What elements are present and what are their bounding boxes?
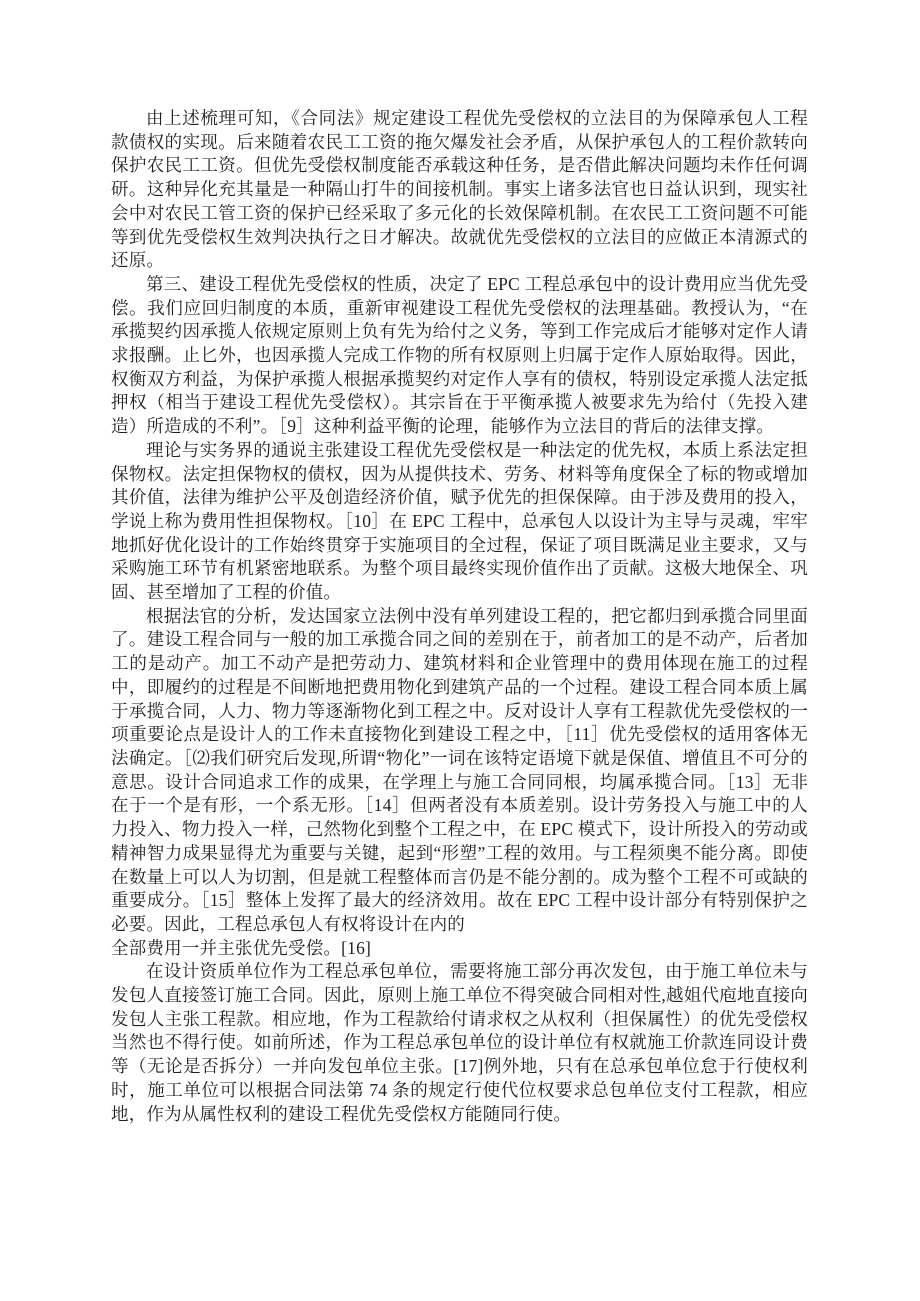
document-page: 由上述梳理可知，《合同法》规定建设工程优先受偿权的立法目的为保障承包人工程款债权… bbox=[0, 0, 920, 1301]
paragraph: 在设计资质单位作为工程总承包单位，需要将施工部分再次发包，由于施工单位未与发包人… bbox=[111, 960, 808, 1126]
paragraph: 全部费用一并主张优先受偿。[16] bbox=[111, 937, 808, 961]
paragraph: 理论与实务界的通说主张建设工程优先受偿权是一种法定的优先权，本质上系法定担保物权… bbox=[111, 439, 808, 605]
document-body: 由上述梳理可知，《合同法》规定建设工程优先受偿权的立法目的为保障承包人工程款债权… bbox=[111, 107, 808, 1126]
paragraph: 第三、建设工程优先受偿权的性质，决定了 EPC 工程总承包中的设计费用应当优先受… bbox=[111, 273, 808, 439]
paragraph: 由上述梳理可知，《合同法》规定建设工程优先受偿权的立法目的为保障承包人工程款债权… bbox=[111, 107, 808, 273]
paragraph: 根据法官的分析，发达国家立法例中没有单列建设工程的，把它都归到承揽合同里面了。建… bbox=[111, 605, 808, 937]
